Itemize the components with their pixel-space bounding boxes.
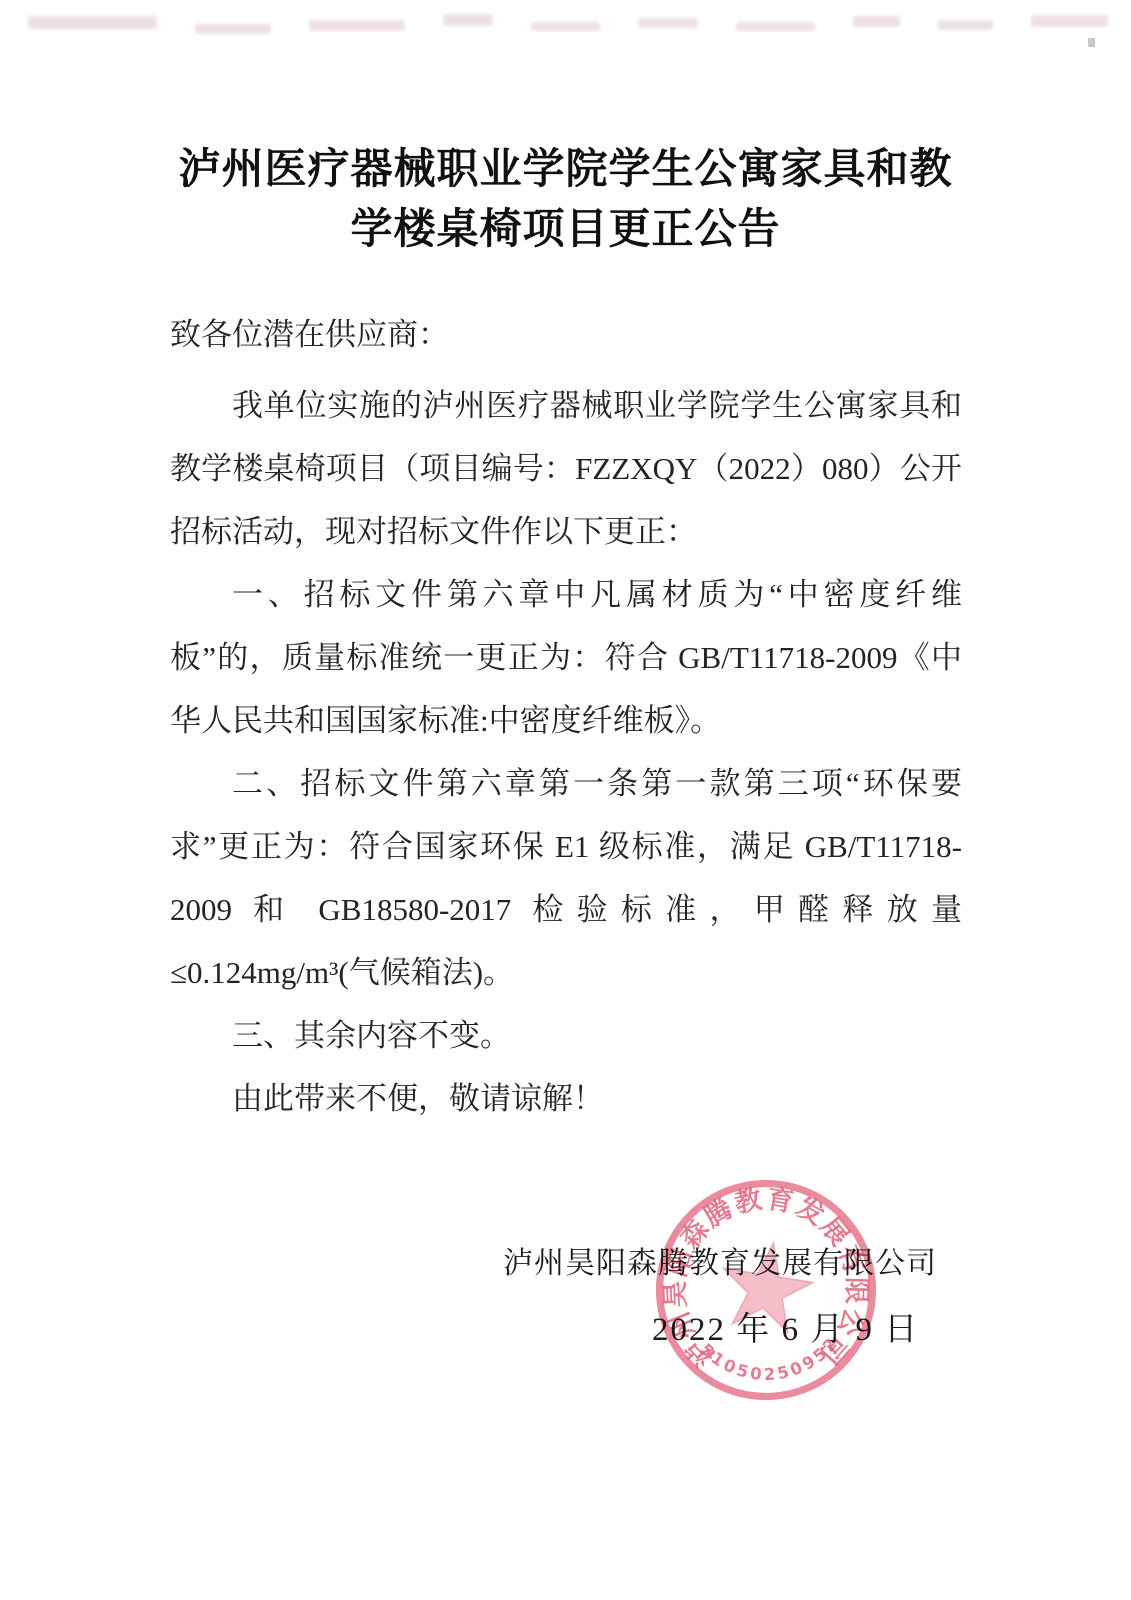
document-body: 致各位潜在供应商： 我单位实施的泸州医疗器械职业学院学生公寓家具和教学楼桌椅项目… [170, 303, 962, 1130]
paragraph-correction-3: 三、其余内容不变。 [170, 1004, 962, 1067]
paragraph-correction-2: 二、招标文件第六章第一条第一款第三项“环保要求”更正为：符合国家环保 E1 级标… [170, 752, 962, 1004]
paragraph-apology: 由此带来不便，敬请谅解！ [170, 1067, 962, 1130]
paragraph-correction-1: 一、招标文件第六章中凡属材质为“中密度纤维板”的，质量标准统一更正为：符合 GB… [170, 563, 962, 752]
document-page: 泸州医疗器械职业学院学生公寓家具和教 学楼桌椅项目更正公告 致各位潜在供应商： … [0, 0, 1131, 1600]
seal-graphic: 泸州昊阳森腾教育发展有限公司 5105025095250 [642, 1166, 890, 1414]
scan-artifact-strip [28, 10, 1108, 46]
scan-speck [1088, 38, 1095, 47]
title-line-1: 泸州医疗器械职业学院学生公寓家具和教 [0, 140, 1131, 200]
title-line-2: 学楼桌椅项目更正公告 [0, 200, 1131, 260]
salutation: 致各位潜在供应商： [170, 303, 962, 366]
seal-star-icon [715, 1236, 818, 1335]
page-title: 泸州医疗器械职业学院学生公寓家具和教 学楼桌椅项目更正公告 [0, 140, 1131, 260]
official-seal: 泸州昊阳森腾教育发展有限公司 5105025095250 [642, 1166, 890, 1414]
paragraph-intro: 我单位实施的泸州医疗器械职业学院学生公寓家具和教学楼桌椅项目（项目编号：FZZX… [170, 374, 962, 563]
